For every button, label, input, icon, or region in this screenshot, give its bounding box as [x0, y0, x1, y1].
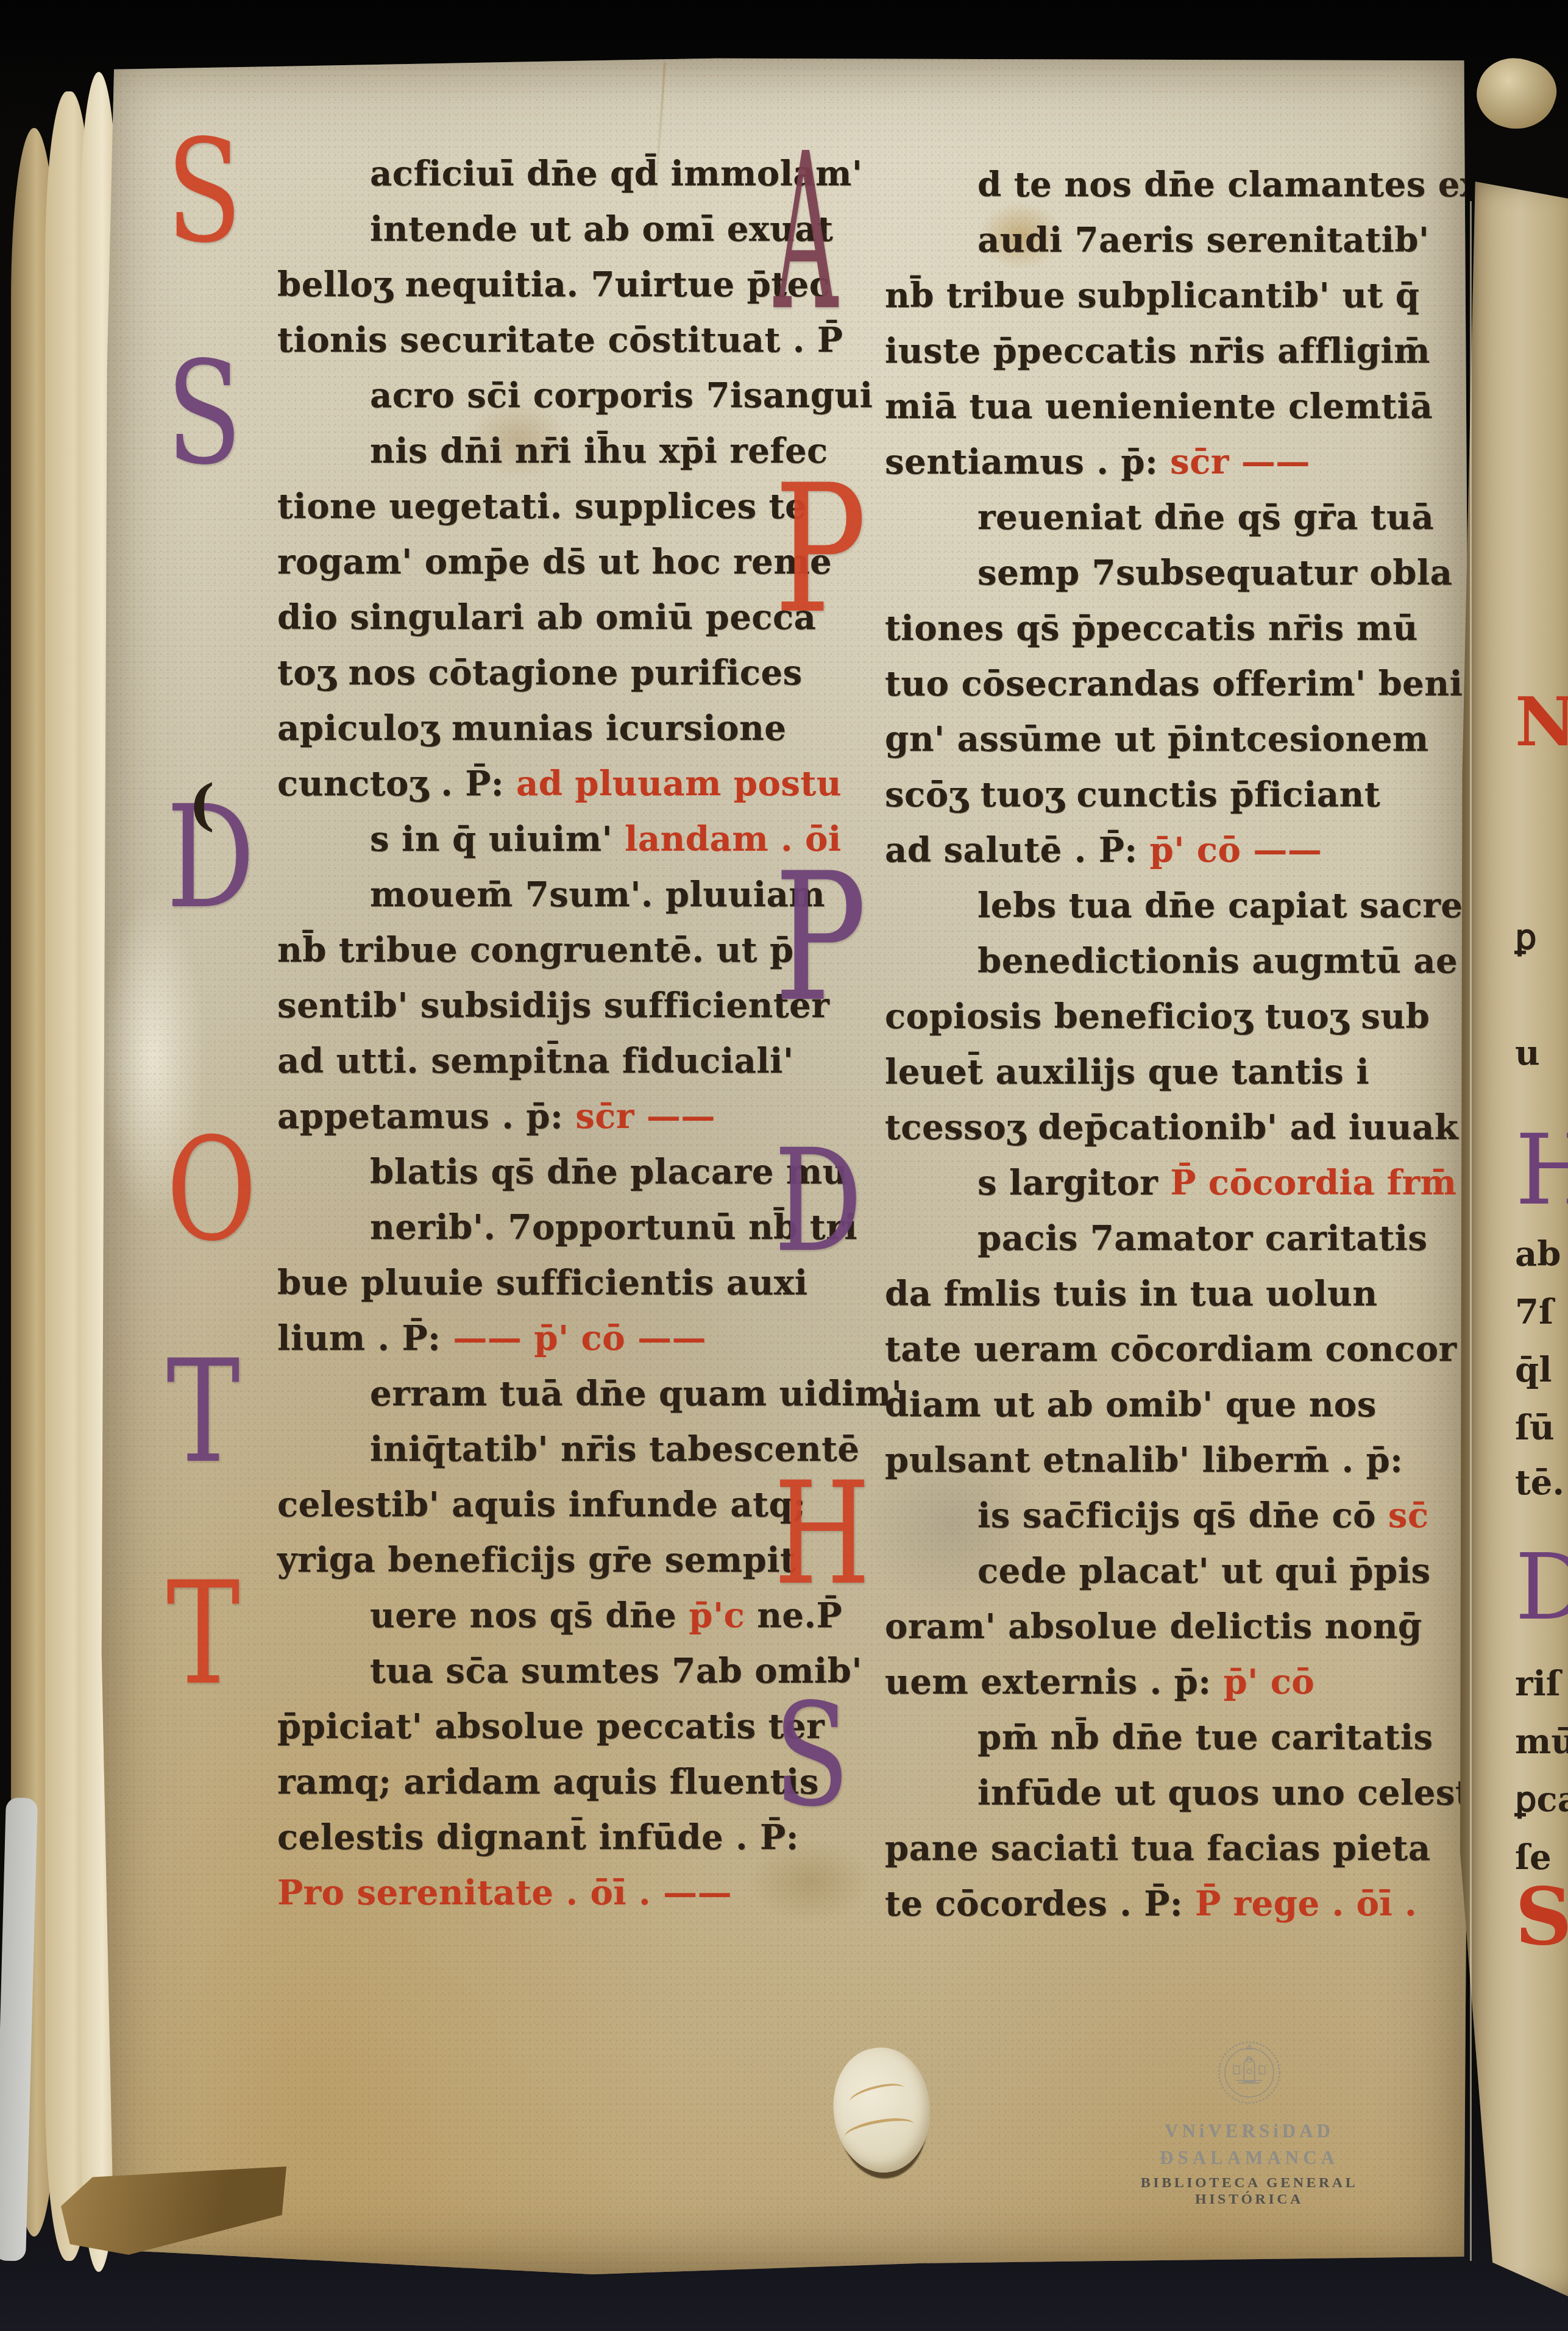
text-line: infūde ut quos uno celesti: [977, 1765, 1485, 1821]
text-line: rogam' omp̄e ds̄ ut hoc reme: [277, 534, 832, 590]
body-text: s largitor: [977, 1163, 1170, 1203]
text-line: Pro serenitate . ōī . ——: [277, 1865, 732, 1921]
text-line: pacis 7amator caritatis: [977, 1211, 1427, 1266]
text-line: belloʒ nequitia. 7uirtue p̄tec: [277, 257, 830, 313]
body-text: audi 7aeris serenitatib': [977, 220, 1429, 260]
text-line: erram tuā dn̄e quam uidim': [370, 1366, 902, 1422]
text-line: toʒ nos cōtagione purifices: [277, 645, 803, 701]
text-line: d te nos dn̄e clamantes ex: [977, 157, 1481, 213]
text-line: p̄piciat' absolue peccatis ter: [277, 1699, 825, 1754]
margin-mark: (: [189, 773, 215, 837]
body-text: rogam' omp̄e ds̄ ut hoc reme: [277, 542, 832, 582]
edge-text-fragment: ſū: [1515, 1411, 1555, 1445]
text-line: te cōcordes . P̄: P̄ rege . ōī .: [885, 1876, 1417, 1932]
body-text: sentib' subsidijs sufficienter: [277, 985, 829, 1026]
text-line: tionis securitate cōstituat . P̄: [277, 313, 843, 368]
university-seal-icon: [1216, 2040, 1282, 2106]
body-text: sentiamus . p̄:: [885, 442, 1170, 482]
illuminated-initial-S: S: [166, 356, 242, 472]
body-text: bue pluuie sufficientis auxi: [277, 1263, 808, 1303]
body-text: ad utti. sempit̄na fiduciali': [277, 1041, 793, 1081]
text-line: s largitor P̄ cōcordia frm̄ .: [977, 1155, 1481, 1211]
body-text: benedictionis augmtū ae: [977, 941, 1458, 981]
body-text: copiosis beneficioʒ tuoʒ sub: [885, 996, 1430, 1037]
stamp-institution-line1: VNiVERSiDAD: [1097, 2120, 1402, 2142]
text-line: apiculoʒ munias icursione: [277, 701, 786, 756]
text-line: copiosis beneficioʒ tuoʒ sub: [885, 989, 1430, 1045]
text-line: tcessoʒ dep̄cationib' ad iuuak .: [885, 1100, 1483, 1155]
body-text: yriga beneficijs gr̄e sempit: [277, 1540, 796, 1580]
text-line: benedictionis augmtū ae: [977, 934, 1458, 989]
body-text: pacis 7amator caritatis: [977, 1218, 1427, 1258]
text-line: is sac̄ficijs qs̄ dn̄e cō sc̄: [977, 1488, 1428, 1544]
body-text: cede placat' ut qui p̄pis: [977, 1551, 1430, 1591]
text-line: nis dn̄i nr̄i ih̄u xp̄i refec: [370, 424, 828, 479]
body-text: ad salutē . P̄:: [885, 830, 1150, 870]
body-text: p̄piciat' absolue peccatis ter: [277, 1706, 825, 1747]
illuminated-initial-T: T: [166, 1576, 240, 1692]
body-text: da fmlis tuis in tua uolun: [885, 1274, 1377, 1314]
text-line: scōʒ tuoʒ cunctis p̄ficiant: [885, 767, 1380, 823]
body-text: pulsant etnalib' liberm̄ . p̄:: [885, 1440, 1403, 1480]
text-line: intende ut ab omī exuat: [370, 202, 833, 257]
rubric-text: sc̄r ——: [575, 1096, 715, 1137]
text-line: celestis dignant̄ infūde . P̄:: [277, 1810, 799, 1865]
edge-text-fragment: D: [1515, 1542, 1568, 1633]
body-text: tuo cōsecrandas offerim' beni: [885, 664, 1463, 704]
text-line: cede placat' ut qui p̄pis: [977, 1544, 1430, 1599]
text-line: semp 7subsequatur obla: [977, 545, 1452, 601]
body-text: reueniat dn̄e qs̄ gr̄a tuā: [977, 497, 1434, 538]
text-line: nb̄ tribue subplicantib' ut q̄: [885, 268, 1419, 324]
text-line: tate ueram cōcordiam concor: [885, 1322, 1457, 1377]
body-text: acro sc̄i corporis 7isangui: [370, 375, 873, 416]
text-line: bue pluuie sufficientis auxi: [277, 1255, 808, 1311]
illuminated-initial-P: P: [774, 478, 867, 623]
parchment-patch: [828, 2043, 937, 2177]
body-text: uere nos qs̄ dn̄e: [370, 1595, 689, 1636]
edge-text-fragment: ꝑ: [1515, 920, 1537, 954]
body-text: tate ueram cōcordiam concor: [885, 1329, 1457, 1369]
body-text: celestis dignant̄ infūde . P̄:: [277, 1817, 799, 1857]
text-line: pm̄ nb̄ dn̄e tue caritatis: [977, 1710, 1433, 1765]
scribble-mark: [843, 2114, 916, 2148]
rubric-text: Pro serenitate . ōī . ——: [277, 1873, 732, 1913]
body-text: s in q̄ uiuim': [370, 819, 625, 859]
edge-text-fragment: tē.: [1515, 1466, 1564, 1500]
body-text: diam ut ab omib' que nos: [885, 1385, 1377, 1425]
body-text: infūde ut quos uno celesti: [977, 1773, 1485, 1813]
body-text: lium . P̄:: [277, 1318, 453, 1358]
manuscript-page: acficiuī dn̄e qd̄ immolam'intende ut ab …: [98, 56, 1472, 2274]
body-text: erram tuā dn̄e quam uidim': [370, 1374, 902, 1414]
body-text: lebs tua dn̄e capiat sacre: [977, 885, 1463, 926]
text-line: appetamus . p̄: sc̄r ——: [277, 1089, 715, 1144]
edge-text-fragment: 7ſ: [1515, 1295, 1553, 1329]
body-text: belloʒ nequitia. 7uirtue p̄tec: [277, 264, 830, 305]
text-line: reueniat dn̄e qs̄ gr̄a tuā: [977, 490, 1434, 545]
text-line: nb̄ tribue congruentē. ut p̄: [277, 923, 794, 978]
library-stamp: VNiVERSiDAD ÐSALAMANCA BIBLIOTECA GENERA…: [1097, 2040, 1402, 2208]
stamp-institution-line2: ÐSALAMANCA: [1097, 2147, 1402, 2169]
edge-text-fragment: ab: [1515, 1237, 1561, 1271]
text-line: da fmlis tuis in tua uolun: [885, 1266, 1377, 1322]
text-line: dio singulari ab omiū pecca: [277, 590, 816, 645]
text-line: acro sc̄i corporis 7isangui: [370, 368, 873, 424]
body-text: celestib' aquis infunde atq;: [277, 1485, 806, 1525]
body-text: nb̄ tribue subplicantib' ut q̄: [885, 275, 1419, 316]
text-line: celestib' aquis infunde atq;: [277, 1477, 806, 1533]
body-text: nis dn̄i nr̄i ih̄u xp̄i refec: [370, 431, 828, 471]
body-text: iuste p̄peccatis nr̄is affligim̄: [885, 331, 1430, 371]
body-text: miā tua uenieniente clemtiā: [885, 386, 1433, 427]
illuminated-initial-H: H: [774, 1476, 870, 1592]
text-line: uere nos qs̄ dn̄e p̄'c ne.P̄: [370, 1588, 842, 1644]
body-text: gn' assūme ut p̄intcesionem: [885, 719, 1429, 759]
text-line: lium . P̄: —— p̄' cō ——: [277, 1311, 706, 1366]
body-text: te cōcordes . P̄:: [885, 1884, 1195, 1924]
body-text: oram' absolue delictis nonḡ: [885, 1606, 1422, 1647]
text-line: pane saciati tua facias pieta: [885, 1821, 1431, 1876]
edge-text-fragment: S: [1515, 1877, 1568, 1956]
text-line: diam ut ab omib' que nos: [885, 1377, 1377, 1433]
body-text: is sac̄ficijs qs̄ dn̄e cō: [977, 1495, 1388, 1536]
text-line: audi 7aeris serenitatib': [977, 213, 1429, 268]
body-text: pm̄ nb̄ dn̄e tue caritatis: [977, 1717, 1433, 1758]
illuminated-initial-D: D: [774, 1143, 862, 1259]
body-text: dio singulari ab omiū pecca: [277, 597, 816, 637]
text-line: oram' absolue delictis nonḡ: [885, 1599, 1422, 1655]
rubric-text: p̄'c: [689, 1595, 745, 1636]
text-line: ramq; aridam aquis fluentis: [277, 1754, 819, 1810]
text-line: ad utti. sempit̄na fiduciali': [277, 1034, 793, 1089]
body-text: tiones qs̄ p̄peccatis nr̄is mū: [885, 608, 1418, 648]
text-line: mouem̄ 7sum'. pluuiam: [370, 867, 825, 923]
illuminated-initial-S: S: [774, 1698, 850, 1814]
edge-text-fragment: mū: [1515, 1725, 1568, 1759]
body-text: tcessoʒ dep̄cationib' ad iuuak .: [885, 1107, 1483, 1148]
edge-text-fragment: riſ: [1515, 1667, 1561, 1701]
rubric-text: P̄ rege . ōī .: [1195, 1884, 1417, 1924]
body-text: intende ut ab omī exuat: [370, 209, 833, 249]
page-curl: [1468, 48, 1564, 140]
rubric-text: ad pluuam postu: [516, 764, 842, 804]
rubric-text: sc̄: [1388, 1495, 1429, 1536]
next-folio-fold-highlight: [1470, 201, 1472, 2261]
body-text: toʒ nos cōtagione purifices: [277, 653, 803, 693]
text-line: yriga beneficijs gr̄e sempit: [277, 1533, 796, 1588]
body-text: leuet̄ auxilijs que tantis i: [885, 1052, 1369, 1092]
body-text: ramq; aridam aquis fluentis: [277, 1762, 819, 1802]
illuminated-initial-S: S: [166, 134, 242, 250]
text-line: lebs tua dn̄e capiat sacre: [977, 878, 1463, 934]
text-line: pulsant etnalib' liberm̄ . p̄:: [885, 1433, 1403, 1488]
text-line: s in q̄ uiuim' landam . ōi: [370, 812, 842, 867]
body-text: appetamus . p̄:: [277, 1096, 575, 1137]
edge-text-fragment: ꝑca: [1515, 1783, 1568, 1817]
text-line: tuo cōsecrandas offerim' beni: [885, 656, 1463, 712]
text-line: leuet̄ auxilijs que tantis i: [885, 1045, 1369, 1100]
manuscript-photo: acficiuī dn̄e qd̄ immolam'intende ut ab …: [0, 0, 1568, 2331]
text-line: tione uegetati. supplices te: [277, 479, 807, 534]
rubric-text: sc̄r ——: [1170, 442, 1310, 482]
text-line: sentiamus . p̄: sc̄r ——: [885, 435, 1310, 490]
scribble-mark: [848, 2079, 907, 2110]
body-text: mouem̄ 7sum'. pluuiam: [370, 875, 825, 915]
text-line: uem externis . p̄: p̄' cō: [885, 1655, 1314, 1710]
body-text: nb̄ tribue congruentē. ut p̄: [277, 930, 794, 970]
edge-text-fragment: N: [1515, 689, 1568, 756]
illuminated-initial-T: T: [166, 1354, 240, 1470]
text-line: miā tua uenieniente clemtiā: [885, 379, 1433, 435]
illuminated-initial-A: A: [774, 145, 838, 322]
edge-text-fragment: u: [1515, 1036, 1540, 1070]
body-text: semp 7subsequatur obla: [977, 553, 1452, 593]
body-text: cunctoʒ . P̄:: [277, 764, 516, 804]
text-line: gn' assūme ut p̄intcesionem: [885, 712, 1429, 767]
rubric-text: p̄' cō: [1223, 1662, 1314, 1702]
body-text: d te nos dn̄e clamantes ex: [977, 165, 1481, 205]
body-text: scōʒ tuoʒ cunctis p̄ficiant: [885, 775, 1380, 815]
body-text: apiculoʒ munias icursione: [277, 708, 786, 748]
rubric-text: p̄' cō ——: [1150, 830, 1322, 870]
edge-text-fragment: q̄l: [1515, 1353, 1552, 1387]
body-text: tionis securitate cōstituat . P̄: [277, 320, 843, 360]
rubric-text: P̄ cōcordia frm̄ .: [1170, 1163, 1481, 1203]
text-line: cunctoʒ . P̄: ad pluuam postu: [277, 756, 842, 812]
rubric-text: —— p̄' cō ——: [453, 1318, 706, 1358]
text-line: ad salutē . P̄: p̄' cō ——: [885, 823, 1322, 878]
illuminated-initial-P: P: [774, 866, 867, 1011]
text-line: tiones qs̄ p̄peccatis nr̄is mū: [885, 601, 1418, 656]
text-line: sentib' subsidijs sufficienter: [277, 978, 829, 1034]
body-text: uem externis . p̄:: [885, 1662, 1223, 1702]
stamp-library-line: BIBLIOTECA GENERAL HISTÓRICA: [1097, 2175, 1402, 2208]
edge-text-fragment: H: [1515, 1121, 1568, 1219]
text-line: iuste p̄peccatis nr̄is affligim̄: [885, 324, 1430, 379]
body-text: pane saciati tua facias pieta: [885, 1828, 1431, 1868]
illuminated-initial-O: O: [166, 1132, 257, 1248]
body-text: tione uegetati. supplices te: [277, 486, 807, 527]
